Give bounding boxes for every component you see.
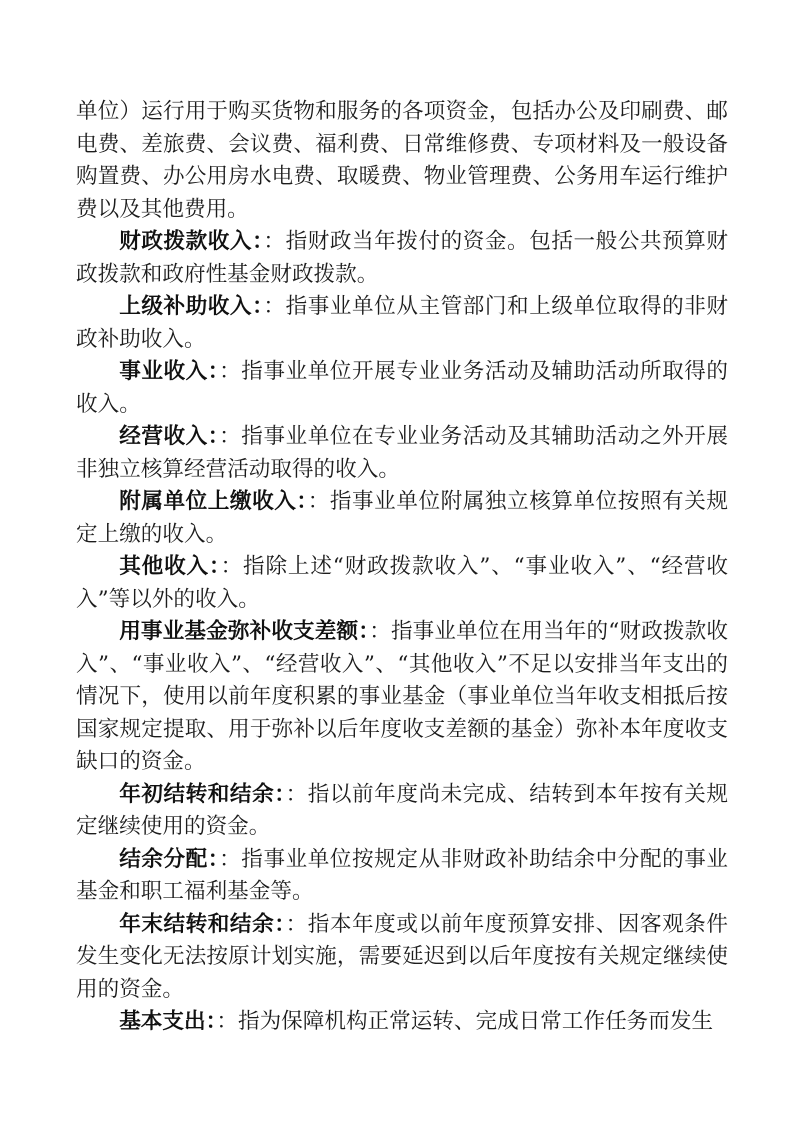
definition-basic-expenditure: 基本支出：：指为保障机构正常运转、完成日常工作任务而发生 xyxy=(76,1006,728,1039)
definition-term: 上级补助收入： xyxy=(119,294,263,319)
definition-term: 其他收入： xyxy=(119,554,220,579)
continuation-paragraph: 单位）运行用于购买货物和服务的各项资金，包括办公及印刷费、邮电费、差旅费、会议费… xyxy=(76,96,728,226)
definition-business-fund-offset: 用事业基金弥补收支差额：：指事业单位在用当年的“财政拨款收入”、“事业收入”、“… xyxy=(76,616,728,779)
definition-separator: ： xyxy=(221,554,243,579)
definition-business-income: 事业收入：：指事业单位开展专业业务活动及辅助活动所取得的收入。 xyxy=(76,356,728,421)
definition-surplus-distribution: 结余分配：：指事业单位按规定从非财政补助结余中分配的事业基金和职工福利基金等。 xyxy=(76,844,728,909)
definition-separator: ： xyxy=(286,912,308,937)
definition-superior-subsidy-income: 上级补助收入：：指事业单位从主管部门和上级单位取得的非财政补助收入。 xyxy=(76,291,728,356)
definition-separator: ： xyxy=(369,619,391,644)
definition-term: 用事业基金弥补收支差额： xyxy=(119,619,369,644)
definition-term: 基本支出： xyxy=(119,1009,216,1034)
definition-term: 附属单位上缴收入： xyxy=(119,489,308,514)
definition-separator: ： xyxy=(263,229,285,254)
definition-separator: ： xyxy=(216,1009,238,1034)
definition-term: 事业收入： xyxy=(119,359,219,384)
document-page: 单位）运行用于购买货物和服务的各项资金，包括办公及印刷费、邮电费、差旅费、会议费… xyxy=(76,96,728,1039)
definition-operating-income: 经营收入：：指事业单位在专业业务活动及其辅助活动之外开展非独立核算经营活动取得的… xyxy=(76,421,728,486)
definition-text: 指为保障机构正常运转、完成日常工作任务而发生 xyxy=(238,1009,713,1034)
definition-separator: ： xyxy=(219,359,241,384)
definition-term: 结余分配： xyxy=(119,847,219,872)
definition-term: 经营收入： xyxy=(119,424,219,449)
definition-fiscal-appropriation-income: 财政拨款收入：：指财政当年拨付的资金。包括一般公共预算财政拨款和政府性基金财政拨… xyxy=(76,226,728,291)
definition-other-income: 其他收入：：指除上述“财政拨款收入”、“事业收入”、“经营收入”等以外的收入。 xyxy=(76,551,728,616)
definition-separator: ： xyxy=(263,294,285,319)
definition-separator: ： xyxy=(308,489,330,514)
definition-term: 年末结转和结余： xyxy=(119,912,285,937)
definition-separator: ： xyxy=(219,847,241,872)
definition-separator: ： xyxy=(219,424,241,449)
definition-affiliated-unit-income: 附属单位上缴收入：：指事业单位附属独立核算单位按照有关规定上缴的收入。 xyxy=(76,486,728,551)
definition-opening-carryover: 年初结转和结余：：指以前年度尚未完成、结转到本年按有关规定继续使用的资金。 xyxy=(76,779,728,844)
definition-closing-carryover: 年末结转和结余：：指本年度或以前年度预算安排、因客观条件发生变化无法按原计划实施… xyxy=(76,909,728,1007)
definition-separator: ： xyxy=(286,782,308,807)
definition-term: 年初结转和结余： xyxy=(119,782,285,807)
definition-term: 财政拨款收入： xyxy=(119,229,263,254)
